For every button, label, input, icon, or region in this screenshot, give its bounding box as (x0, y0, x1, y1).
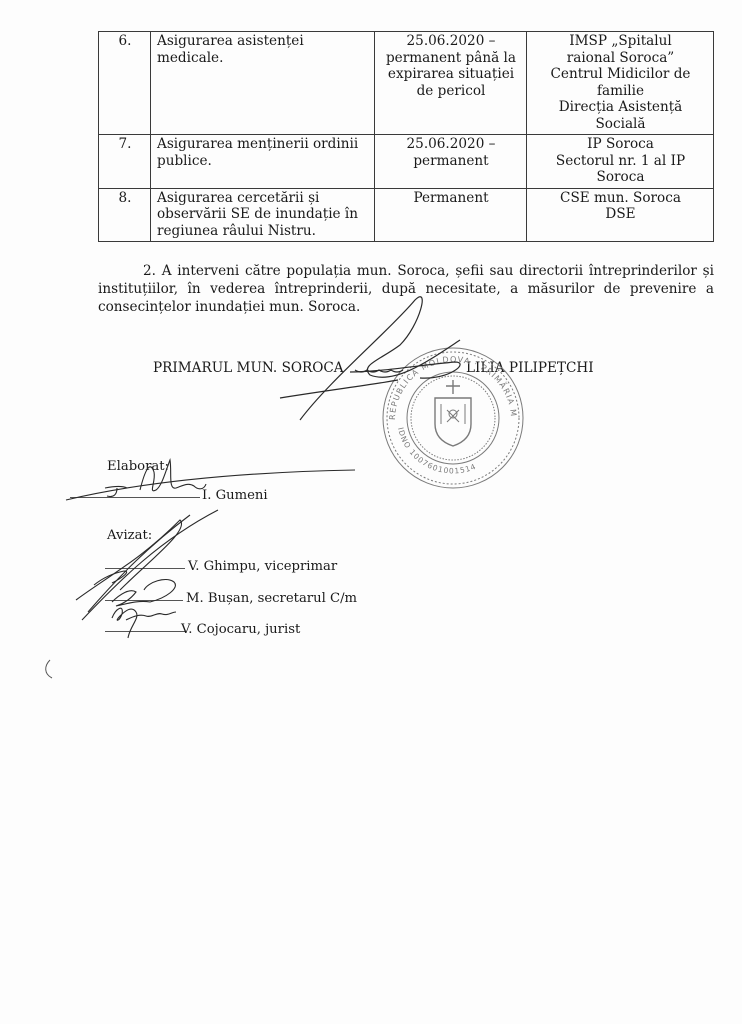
elaborated-name: I. Gumeni (202, 488, 268, 503)
action-cell: Asigurarea menținerii ordiniipublice. (151, 135, 375, 189)
term-cell-line: permanent până la (381, 50, 521, 67)
mayor-name: LILIA PILIPEȚCHI (466, 360, 594, 376)
responsible-cell-line: DSE (533, 206, 708, 223)
action-cell-line: Asigurarea menținerii ordinii (157, 136, 369, 153)
svg-text:IDNO 1007601001514: IDNO 1007601001514 (396, 426, 478, 475)
row-number: 6. (99, 32, 151, 135)
term-cell-line: 25.06.2020 – (381, 136, 521, 153)
action-cell: Asigurarea cercetării șiobservării SE de… (151, 188, 375, 242)
approved-entry-1: V. Ghimpu, viceprimar (188, 559, 337, 574)
approved-signature-line-2 (105, 600, 183, 601)
action-cell-line: observării SE de inundație în (157, 206, 369, 223)
elaborated-label: Elaborat: (107, 459, 169, 474)
approved-signature-line-3 (105, 631, 185, 632)
action-cell-line: regiunea râului Nistru. (157, 223, 369, 240)
elaborated-signature-line (70, 497, 200, 498)
table-row: 8.Asigurarea cercetării șiobservării SE … (99, 188, 714, 242)
responsible-cell-line: IMSP „Spitalul (533, 33, 708, 50)
term-cell: 25.06.2020 –permanent până laexpirarea s… (375, 32, 527, 135)
responsible-cell-line: IP Soroca (533, 136, 708, 153)
scan-mark-icon (46, 660, 52, 678)
responsible-cell-line: raional Soroca” (533, 50, 708, 67)
approved-entry-2: M. Bușan, secretarul C/m (186, 591, 357, 606)
term-cell-line: expirarea situației (381, 66, 521, 83)
table-row: 7.Asigurarea menținerii ordiniipublice.2… (99, 135, 714, 189)
action-cell-line: Asigurarea cercetării și (157, 190, 369, 207)
term-cell: 25.06.2020 –permanent (375, 135, 527, 189)
stamp-idno: IDNO 1007601001514 (396, 426, 478, 475)
responsible-cell: CSE mun. SorocaDSE (527, 188, 714, 242)
action-cell: Asigurarea asistențeimedicale. (151, 32, 375, 135)
responsible-cell-line: CSE mun. Soroca (533, 190, 708, 207)
row-number: 7. (99, 135, 151, 189)
responsible-cell-line: familie (533, 83, 708, 100)
responsible-cell: IP SorocaSectorul nr. 1 al IPSoroca (527, 135, 714, 189)
action-cell-line: publice. (157, 153, 369, 170)
mayor-title: PRIMARUL MUN. SOROCA (153, 360, 344, 376)
term-cell-line: Permanent (381, 190, 521, 207)
document-page: 6.Asigurarea asistențeimedicale.25.06.20… (0, 0, 742, 1024)
responsible-cell-line: Centrul Midicilor de (533, 66, 708, 83)
approved-entry-3: V. Cojocaru, jurist (181, 622, 300, 637)
action-cell-line: Asigurarea asistenței (157, 33, 369, 50)
responsible-cell-line: Soroca (533, 169, 708, 186)
responsible-cell-line: Socială (533, 116, 708, 133)
table-row: 6.Asigurarea asistențeimedicale.25.06.20… (99, 32, 714, 135)
approved-label: Avizat: (107, 528, 152, 543)
approved-signature-line-1 (105, 568, 185, 569)
responsible-cell: IMSP „Spitalulraional Soroca”Centrul Mid… (527, 32, 714, 135)
term-cell: Permanent (375, 188, 527, 242)
measures-table: 6.Asigurarea asistențeimedicale.25.06.20… (98, 31, 714, 242)
term-cell-line: permanent (381, 153, 521, 170)
responsible-cell-line: Direcția Asistență (533, 99, 708, 116)
term-cell-line: 25.06.2020 – (381, 33, 521, 50)
row-number: 8. (99, 188, 151, 242)
action-cell-line: medicale. (157, 50, 369, 67)
paragraph-2: 2. A interveni către populația mun. Soro… (98, 262, 714, 316)
responsible-cell-line: Sectorul nr. 1 al IP (533, 153, 708, 170)
term-cell-line: de pericol (381, 83, 521, 100)
